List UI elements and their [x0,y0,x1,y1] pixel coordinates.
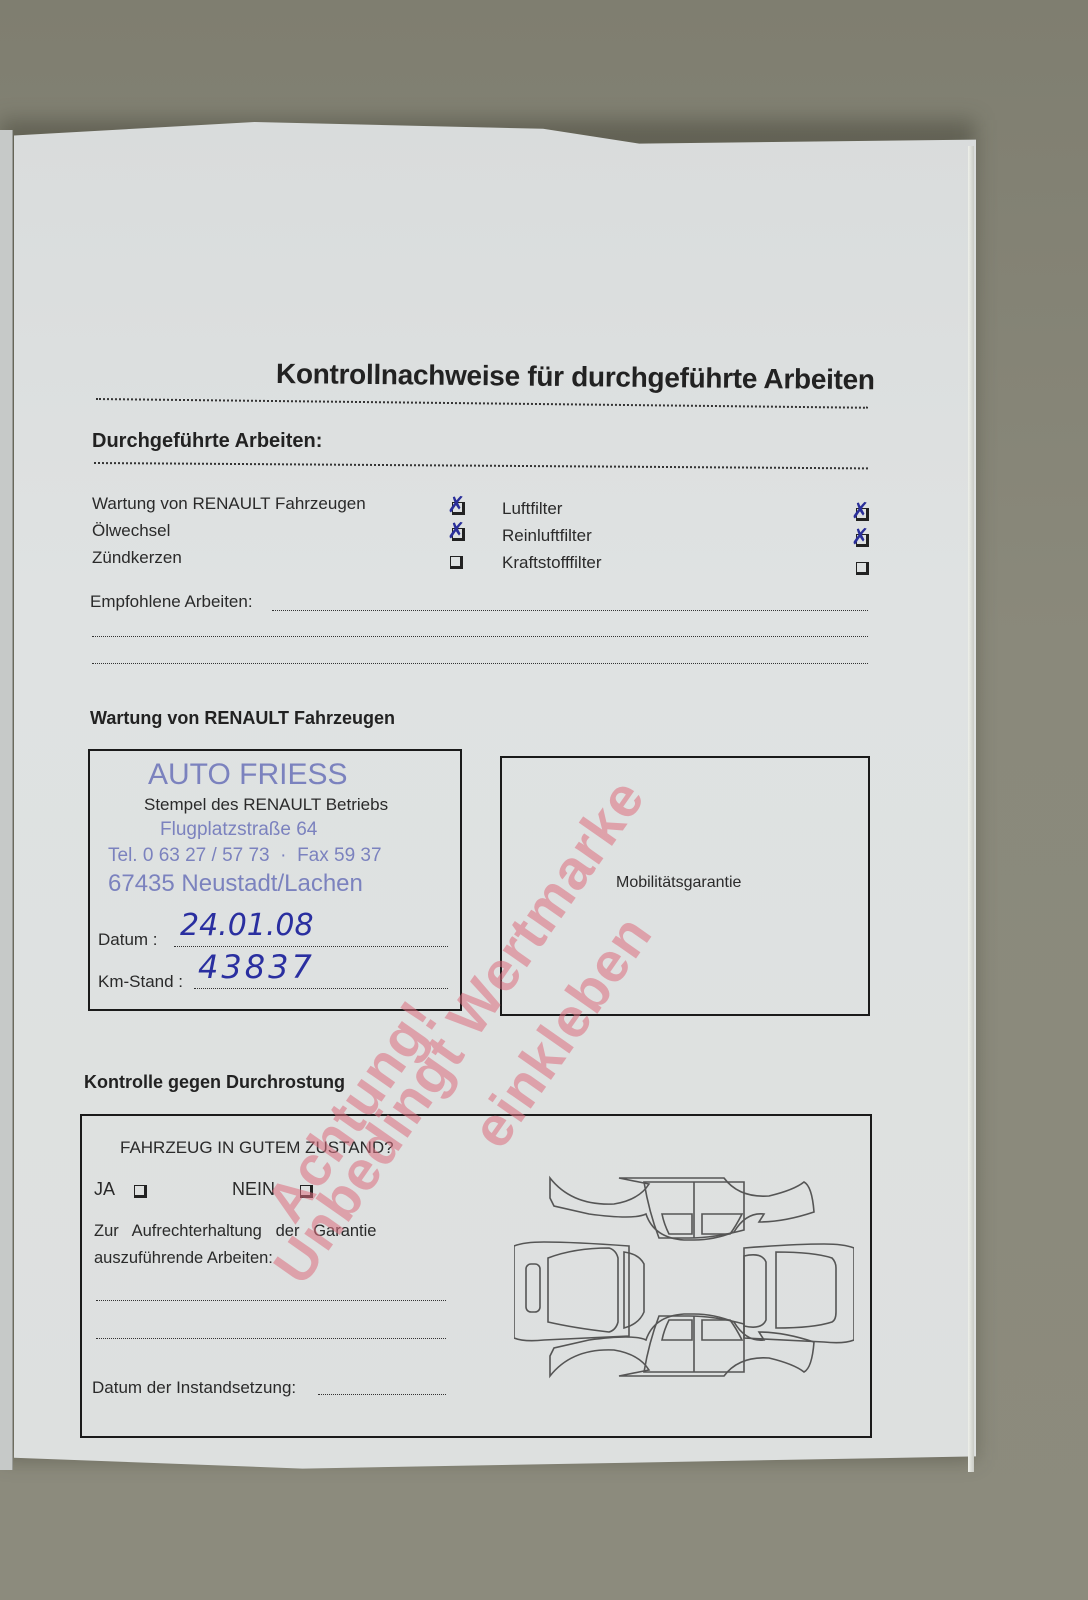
checkbox-reinluftfilter[interactable] [856,534,869,547]
date-value[interactable]: 24.01.08 [180,908,314,943]
checkbox-luftfilter[interactable] [856,508,869,521]
stamp-label: Stempel des RENAULT Betriebs [144,795,388,815]
checkbox-wartung[interactable] [452,502,465,515]
item-label-oelwechsel: Ölwechsel [92,521,170,541]
km-value[interactable]: 43837 [198,948,315,986]
page-number: 17 [493,1532,515,1555]
item-label-reinluftfilter: Reinluftfilter [502,526,592,546]
checkbox-kraftstofffilter[interactable] [856,562,869,575]
item-label-wartung: Wartung von RENAULT Fahrzeugen [92,494,366,514]
mobility-guarantee-label: Mobilitätsgarantie [616,874,741,892]
stamp-city: 67435 Neustadt/Lachen [108,870,363,898]
date-line [174,946,448,947]
booklet-page: Kontrollnachweise für durchgeführte Arbe… [14,122,976,1474]
rust-control-heading: Kontrolle gegen Durchrostung [84,1072,345,1093]
stamp-phone: Tel. 0 63 27 / 57 73 · Fax 59 37 [108,845,382,867]
performed-work-heading: Durchgeführte Arbeiten: [92,430,322,453]
km-label: Km-Stand : [98,972,183,992]
repair-date-line[interactable] [318,1394,446,1395]
checkbox-zuendkerzen[interactable] [450,556,463,569]
item-label-zuendkerzen: Zündkerzen [92,548,182,568]
left-page-edge [0,130,13,1470]
warranty-work-line-1[interactable] [96,1300,446,1301]
recommended-work-line-3[interactable] [92,663,868,664]
page-stack-edge [968,146,974,1472]
performed-work-divider [94,462,868,469]
item-label-luftfilter: Luftfilter [502,499,562,519]
page-number-tab [481,1500,519,1582]
checkbox-oelwechsel[interactable] [452,528,465,541]
km-line [194,988,448,989]
yes-checkbox[interactable] [134,1185,147,1198]
date-label: Datum : [98,930,158,950]
page-title: Kontrollnachweise für durchgeführte Arbe… [276,358,875,396]
warranty-work-line-2[interactable] [96,1338,446,1339]
stamp-street: Flugplatzstraße 64 [160,819,317,841]
recommended-work-line-2[interactable] [92,636,868,637]
recommended-work-line-1[interactable] [272,610,868,611]
item-label-kraftstofffilter: Kraftstofffilter [502,553,602,573]
car-body-diagram [514,1172,854,1382]
warranty-text-line-2: auszuführende Arbeiten: [94,1249,273,1268]
title-divider [96,398,868,409]
recommended-work-label: Empfohlene Arbeiten: [90,592,253,612]
maintenance-heading: Wartung von RENAULT Fahrzeugen [90,708,395,729]
yes-label: JA [94,1179,115,1200]
stamp-dealer-name: AUTO FRIESS [148,758,347,792]
repair-date-label: Datum der Instandsetzung: [92,1378,296,1398]
